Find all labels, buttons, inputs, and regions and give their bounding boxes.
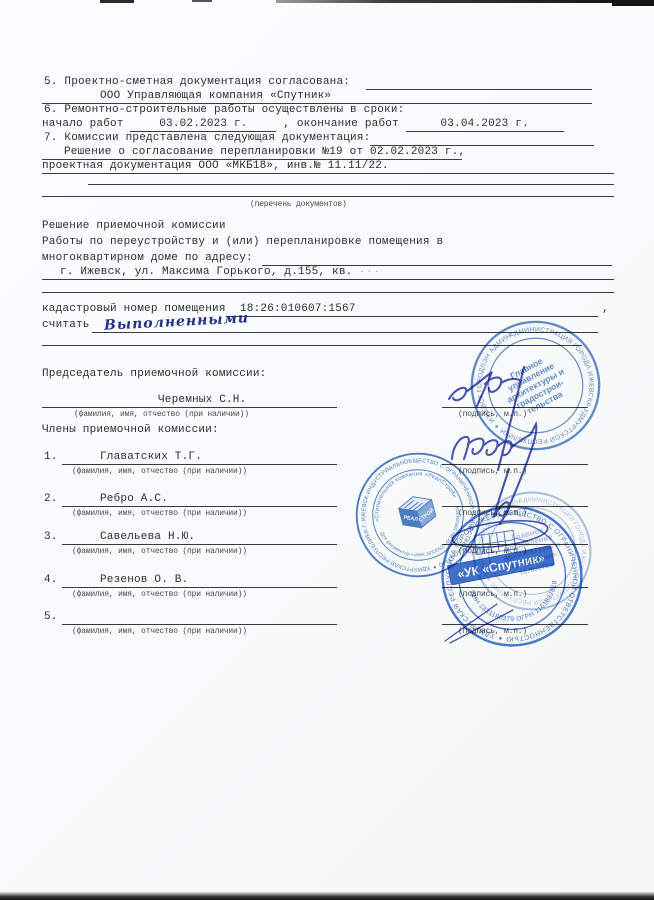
work-dates-line: начало работ 03.02.2023 г. , окончание р…: [42, 118, 564, 132]
svg-text:ИНН 1831180379 ОГРН 1161832818: ИНН 1831180379 ОГРН 1161832818: [468, 578, 564, 629]
member-name: Главатских Т.Г.: [100, 451, 202, 464]
item7-label: 7. Комиссии представлена следующая докум…: [44, 132, 370, 145]
member-number: 5.: [44, 611, 58, 624]
scan-artifact-top-right-corner: [612, 0, 654, 6]
members-heading: Члены приемочной комиссии:: [42, 424, 219, 437]
member-number: 1.: [44, 451, 58, 464]
member-name-caption: (фамилия, имя, отчество (при наличии)): [72, 627, 247, 636]
work-end-label: , окончание работ: [283, 118, 399, 130]
member-name: Резенов О. В.: [100, 574, 188, 587]
address-value: г. Ижевск, ул. Максима Горького, д.155, …: [60, 266, 381, 279]
member-name-line: [62, 464, 337, 465]
chairman-name-line: [42, 407, 337, 408]
cadastre-comma: ,: [602, 303, 609, 316]
member-name-line: [62, 506, 337, 507]
item7-line2-rule: [42, 173, 614, 174]
scan-artifact-top-2: [192, 0, 212, 2]
apartment-redacted: ···: [359, 267, 381, 277]
member-name-caption: (фамилия, имя, отчество (при наличии)): [72, 547, 247, 556]
stamp-inn-arc: ИНН 1831180379 ОГРН 1161832818: [468, 578, 564, 629]
consider-label: считать: [42, 319, 90, 332]
member-name-caption: (фамилия, имя, отчество (при наличии)): [72, 509, 247, 518]
decision-line2: многоквартирном доме по адресу:: [42, 252, 253, 265]
blank-rule-3: [42, 292, 614, 293]
item5-label: 5. Проектно-сметная документация согласо…: [44, 76, 350, 89]
address-rule: [42, 279, 614, 280]
stamp-architecture-administration: АДМИНИСТРАЦИЯ ГОРОДА ИЖЕВСКА УДМУРТСКОЙ …: [444, 294, 627, 477]
member-name: Ребро А.С.: [100, 493, 168, 506]
stamp-uk-sputnik: ОБЩЕСТВО С ОГРАНИЧЕННОЙ ОТВЕТСТВЕННОСТЬЮ…: [427, 491, 596, 660]
chairman-name: Черемных С.Н.: [158, 394, 246, 407]
blank-rule-1: [88, 184, 614, 185]
item5-value: ООО Управляющая компания «Спутник»: [100, 90, 331, 103]
member-name-caption: (фамилия, имя, отчество (при наличии)): [72, 590, 247, 599]
blank-rule-2: [42, 196, 614, 197]
item6-label: 6. Ремонтно-строительные работы осуществ…: [44, 104, 404, 117]
scan-artifact-top-1: [100, 0, 134, 3]
item5-blank-line: [366, 89, 592, 90]
scanned-document-page: 5. Проектно-сметная документация согласо…: [0, 0, 654, 900]
chairman-heading: Председатель приемочной комиссии:: [42, 368, 266, 381]
documents-caption: (перечень документов): [250, 200, 347, 209]
work-end-value: 03.04.2023 г.: [406, 118, 564, 132]
member-name: Савельева Н.Ю.: [100, 531, 195, 544]
chairman-name-caption: (фамилия, имя, отчество (при наличии)): [74, 410, 249, 419]
cadastre-value: 18:26:010607:1567: [240, 303, 356, 316]
member-number: 2.: [44, 493, 58, 506]
decision-line1: Работы по переустройству и (или) перепла…: [42, 236, 443, 249]
member-number: 4.: [44, 574, 58, 587]
address-text: г. Ижевск, ул. Максима Горького, д.155, …: [60, 266, 352, 278]
member-name-caption: (фамилия, имя, отчество (при наличии)): [72, 467, 247, 476]
member-name-line: [62, 544, 337, 545]
scan-artifact-top-strip: [276, 0, 654, 3]
member-number: 3.: [44, 531, 58, 544]
member-name-line: [62, 587, 337, 588]
sputnik-building-icon: [474, 529, 529, 555]
work-start-label: начало работ: [42, 118, 124, 130]
item7-value-line2: проектная документация ООО «МКБ18», инв.…: [42, 160, 389, 173]
work-start-value: 03.02.2023 г.: [130, 118, 276, 132]
item7-value-line1: Решение о согласование перепланировки №1…: [64, 146, 465, 159]
decision-title: Решение приемочной комиссии: [42, 220, 226, 233]
member-name-line: [62, 624, 337, 625]
scan-artifact-bottom-strip: [0, 892, 654, 900]
